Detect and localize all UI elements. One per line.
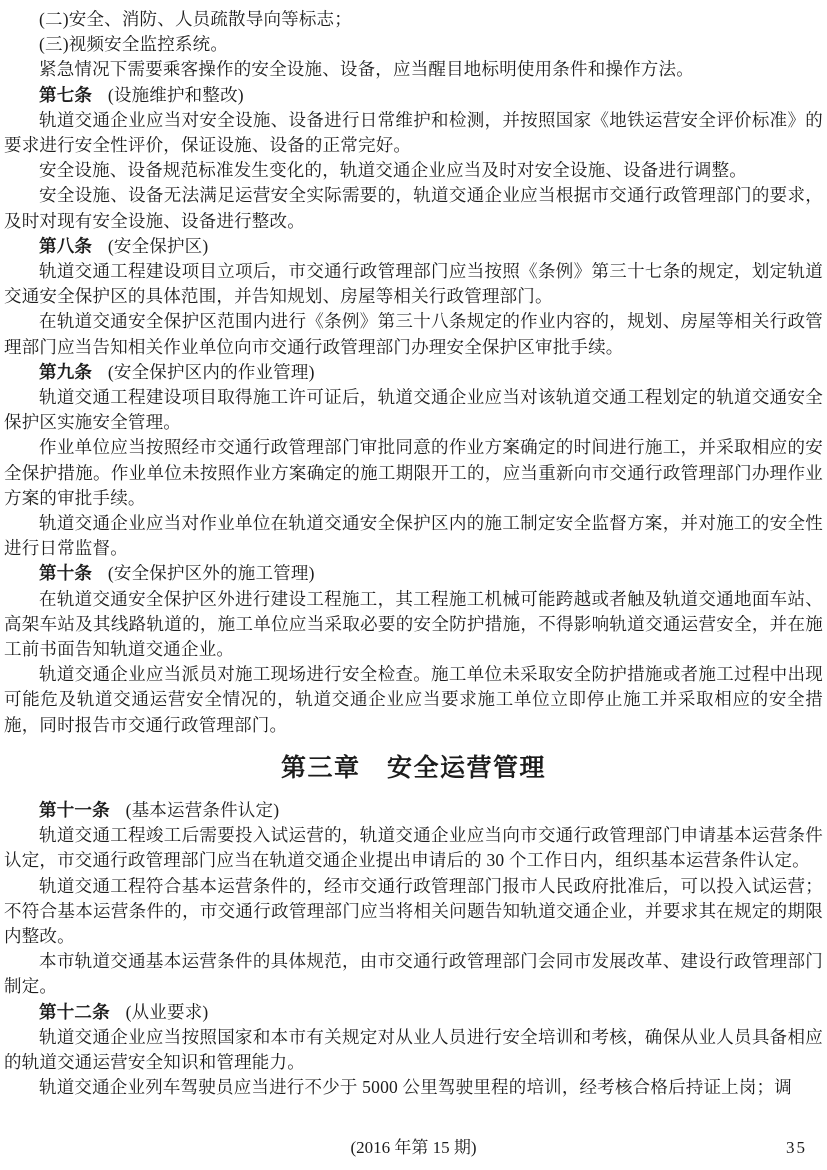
article-heading: 第十一条(基本运营条件认定) bbox=[4, 798, 823, 823]
body-paragraph: 轨道交通工程建设项目取得施工许可证后，轨道交通企业应当对该轨道交通工程划定的轨道… bbox=[4, 385, 823, 435]
article-title: (基本运营条件认定) bbox=[126, 800, 280, 820]
article-heading: 第八条(安全保护区) bbox=[4, 234, 823, 259]
article-number: 第十一条 bbox=[39, 800, 110, 820]
article-title: (安全保护区内的作业管理) bbox=[108, 362, 315, 382]
article-heading: 第九条(安全保护区内的作业管理) bbox=[4, 360, 823, 385]
document-body: (二)安全、消防、人员疏散导向等标志；(三)视频安全监控系统。紧急情况下需要乘客… bbox=[4, 7, 823, 1100]
body-paragraph: 轨道交通工程竣工后需要投入试运营的，轨道交通企业应当向市交通行政管理部门申请基本… bbox=[4, 823, 823, 873]
chapter-heading: 第三章 安全运营管理 bbox=[4, 753, 823, 785]
article-number: 第九条 bbox=[39, 362, 92, 382]
article-title: (设施维护和整改) bbox=[108, 85, 244, 105]
article-title: (从业要求) bbox=[126, 1002, 209, 1022]
body-paragraph: (三)视频安全监控系统。 bbox=[4, 32, 823, 57]
body-paragraph: 作业单位应当按照经市交通行政管理部门审批同意的作业方案确定的时间进行施工，并采取… bbox=[4, 435, 823, 511]
body-paragraph: 安全设施、设备规范标准发生变化的，轨道交通企业应当及时对安全设施、设备进行调整。 bbox=[4, 158, 823, 183]
body-paragraph: 安全设施、设备无法满足运营安全实际需要的，轨道交通企业应当根据市交通行政管理部门… bbox=[4, 183, 823, 233]
issue-label: (2016 年第 15 期) bbox=[350, 1136, 476, 1160]
body-paragraph: 本市轨道交通基本运营条件的具体规范，由市交通行政管理部门会同市发展改革、建设行政… bbox=[4, 949, 823, 999]
body-paragraph: 轨道交通企业应当对安全设施、设备进行日常维护和检测，并按照国家《地铁运营安全评价… bbox=[4, 108, 823, 158]
body-paragraph: 在轨道交通安全保护区范围内进行《条例》第三十八条规定的作业内容的，规划、房屋等相… bbox=[4, 309, 823, 359]
body-paragraph: (二)安全、消防、人员疏散导向等标志； bbox=[4, 7, 823, 32]
article-heading: 第十二条(从业要求) bbox=[4, 1000, 823, 1025]
article-number: 第八条 bbox=[39, 236, 92, 256]
article-number: 第十条 bbox=[39, 563, 92, 583]
body-paragraph: 轨道交通企业列车驾驶员应当进行不少于 5000 公里驾驶里程的培训，经考核合格后… bbox=[4, 1075, 823, 1100]
article-heading: 第十条(安全保护区外的施工管理) bbox=[4, 561, 823, 586]
body-paragraph: 在轨道交通安全保护区外进行建设工程施工，其工程施工机械可能跨越或者触及轨道交通地… bbox=[4, 587, 823, 663]
page-number: 35 bbox=[786, 1136, 807, 1160]
body-paragraph: 轨道交通企业应当派员对施工现场进行安全检查。施工单位未采取安全防护措施或者施工过… bbox=[4, 662, 823, 738]
article-title: (安全保护区) bbox=[108, 236, 209, 256]
article-heading: 第七条(设施维护和整改) bbox=[4, 83, 823, 108]
article-number: 第七条 bbox=[39, 85, 92, 105]
article-title: (安全保护区外的施工管理) bbox=[108, 563, 315, 583]
body-paragraph: 轨道交通企业应当按照国家和本市有关规定对从业人员进行安全培训和考核，确保从业人员… bbox=[4, 1025, 823, 1075]
page-footer: (2016 年第 15 期) 35 bbox=[0, 1136, 827, 1160]
document-page: (二)安全、消防、人员疏散导向等标志；(三)视频安全监控系统。紧急情况下需要乘客… bbox=[0, 0, 827, 1170]
body-paragraph: 轨道交通工程建设项目立项后，市交通行政管理部门应当按照《条例》第三十七条的规定，… bbox=[4, 259, 823, 309]
body-paragraph: 轨道交通工程符合基本运营条件的，经市交通行政管理部门报市人民政府批准后，可以投入… bbox=[4, 874, 823, 950]
body-paragraph: 紧急情况下需要乘客操作的安全设施、设备，应当醒目地标明使用条件和操作方法。 bbox=[4, 57, 823, 82]
body-paragraph: 轨道交通企业应当对作业单位在轨道交通安全保护区内的施工制定安全监督方案，并对施工… bbox=[4, 511, 823, 561]
article-number: 第十二条 bbox=[39, 1002, 110, 1022]
